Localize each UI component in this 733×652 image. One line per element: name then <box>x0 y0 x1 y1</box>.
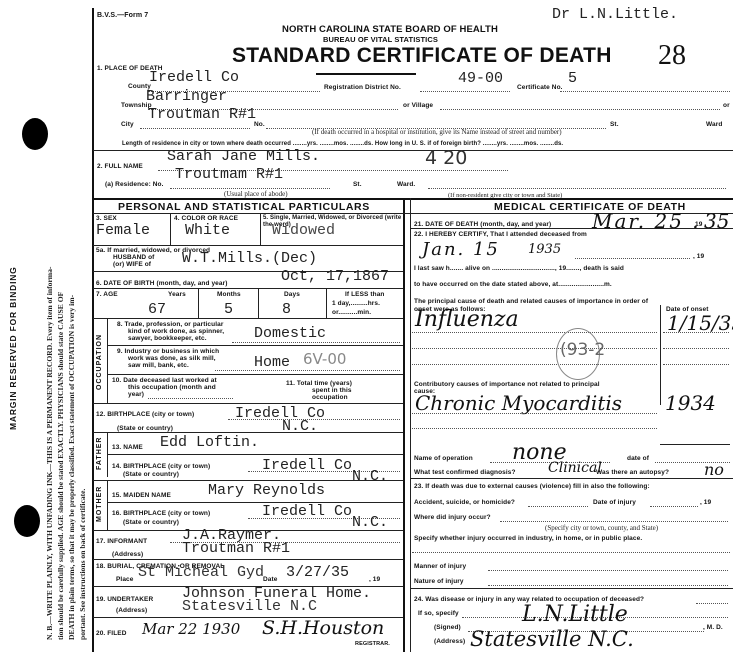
race-marital-divider <box>260 213 261 245</box>
totaltime-label-3: occupation <box>312 394 348 401</box>
contrib-line-2 <box>412 428 657 429</box>
row-line-17 <box>93 559 403 560</box>
burial-date-label: Date <box>263 576 278 583</box>
industry-label-1: 9. Industry or business in which <box>117 348 219 355</box>
test-field[interactable]: Clinical <box>548 460 602 476</box>
trade-label-2: kind of work done, as spinner, <box>128 328 224 335</box>
residence-length-line: Length of residence in city or town wher… <box>122 141 563 147</box>
attended-to-line <box>575 258 690 259</box>
city-no-label: No. <box>254 121 265 128</box>
test-label: What test confirmed diagnosis? <box>414 469 516 476</box>
trade-line <box>232 342 400 343</box>
row-line-13 <box>107 454 403 455</box>
burial-place-label: Place <box>116 576 134 583</box>
registrar-label: REGISTRAR. <box>355 641 390 647</box>
residence-ward-label: Ward. <box>397 181 415 188</box>
dod-label: 21. DATE OF DEATH (month, day, and year) <box>414 221 551 228</box>
reg-district-line <box>420 91 510 92</box>
years-field[interactable]: 67 <box>148 301 166 318</box>
sex-field[interactable]: Female <box>96 222 150 239</box>
informant-addr-field[interactable]: Troutman R#1 <box>182 540 290 557</box>
contrib-label-1: Contributory causes of importance not re… <box>414 381 600 388</box>
age-divider-1 <box>198 288 199 318</box>
injury-19-label: , 19 <box>700 499 711 506</box>
dod-year[interactable]: 35 <box>704 209 729 233</box>
operation-label: Name of operation <box>414 455 473 462</box>
section-divider-2 <box>93 198 733 200</box>
hospital-note: (If death occurred in a hospital or inst… <box>312 128 562 136</box>
margin-instruction-1: N. B.—WRITE PLAINLY, WITH UNFADING INK—T… <box>45 267 54 640</box>
onset-box-bottom <box>660 444 730 445</box>
county-field[interactable]: Iredell Co <box>149 69 239 86</box>
certificate-field[interactable]: 5 <box>568 70 577 87</box>
row-line-7 <box>93 318 403 319</box>
less-label-1: If LESS than <box>345 291 384 298</box>
attended-to-19: , 19 <box>693 253 704 260</box>
mother-side-divider <box>107 480 108 530</box>
industry-note: Specify whether injury occurred in indus… <box>414 535 642 542</box>
row-line-14 <box>93 480 403 481</box>
days-field[interactable]: 8 <box>282 301 291 318</box>
row-line-21 <box>410 228 733 229</box>
undertaker-label: 19. UNDERTAKER <box>96 596 153 603</box>
manner-line <box>488 570 728 571</box>
marital-field[interactable]: Widowed <box>272 222 335 239</box>
city-ward-label: Ward <box>706 121 722 128</box>
row-line-6 <box>93 288 403 289</box>
attended-year[interactable]: 1935 <box>528 242 561 257</box>
filed-label: 20. FILED <box>96 630 127 637</box>
physician-signature: L.N.Little <box>522 602 628 627</box>
row-line-12 <box>93 432 403 433</box>
center-divider <box>403 198 405 652</box>
signed-label: (Signed) <box>434 624 461 631</box>
contrib-cause[interactable]: Chronic Myocarditis <box>415 391 622 415</box>
occupation-side-divider <box>107 318 108 403</box>
principal-cause[interactable]: Influenza <box>415 307 519 332</box>
dod-field[interactable]: Mar. 25 . <box>592 209 701 233</box>
bureau-name: BUREAU OF VITAL STATISTICS <box>323 35 438 44</box>
full-name-field[interactable]: Sarah Jane Mills. <box>167 148 320 165</box>
specify-note: (Specify city or town, county, and State… <box>545 524 658 532</box>
row-line-10 <box>93 403 403 404</box>
nonresident-line <box>428 188 726 189</box>
onset-line-3 <box>663 364 729 365</box>
certificate-label: Certificate No. <box>517 84 563 91</box>
physician-address: Statesville N.C. <box>470 627 634 651</box>
injury-date-line <box>650 506 698 507</box>
less-label-3: or..........min. <box>332 309 371 316</box>
sex-race-divider <box>170 213 171 245</box>
address-label: (Address) <box>434 638 465 645</box>
certify-label: 22. I HEREBY CERTIFY, That I attended de… <box>414 231 587 238</box>
village-label: or Village <box>403 102 433 109</box>
md-label: , M. D. <box>703 624 723 631</box>
father-bp-state-label: (State or country) <box>123 471 179 478</box>
where-label: Where did injury occur? <box>414 514 491 521</box>
ifso-label: If so, specify <box>418 610 459 617</box>
trade-label-3: sawyer, bookkeeper, etc. <box>128 335 207 342</box>
full-name-label: 2. FULL NAME <box>97 163 143 170</box>
board-name: NORTH CAROLINA STATE BOARD OF HEALTH <box>282 24 498 35</box>
father-bp-label: 14. BIRTHPLACE (city or town) <box>112 463 210 470</box>
burial-date-field[interactable]: 3/27/35 <box>286 564 349 581</box>
lastworked-label-1: 10. Date deceased last worked at <box>112 377 217 384</box>
trade-field[interactable]: Domestic <box>254 325 326 342</box>
age-label: 7. AGE <box>96 291 118 298</box>
birthplace-label: 12. BIRTHPLACE (city or town) <box>96 411 194 418</box>
attended-from[interactable]: Jan. 15 <box>422 239 500 260</box>
industry-field[interactable]: Home <box>254 354 290 371</box>
filed-date: Mar 22 1930 <box>142 620 240 638</box>
spouse-label-2: HUSBAND of <box>113 254 154 261</box>
name-annotation: 4 20 <box>425 147 467 169</box>
dob-label: 6. DATE OF BIRTH (month, day, and year) <box>96 280 228 287</box>
mother-bp-state-label: (State or country) <box>123 519 179 526</box>
occurred-at-line: to have occurred on the date stated abov… <box>414 281 612 288</box>
form-id: B.V.S.—Form 7 <box>97 12 148 19</box>
punch-hole-bottom <box>14 505 40 537</box>
mother-side-label: MOTHER <box>96 486 103 522</box>
injury-date-label: Date of injury <box>593 499 636 506</box>
father-bp-state-field[interactable]: N.C. <box>352 468 388 485</box>
mother-name-label: 15. MAIDEN NAME <box>112 492 171 499</box>
margin-instruction-4: portant. See instructions on back of cer… <box>78 489 87 640</box>
residence-label: (a) Residence: No. <box>105 181 164 188</box>
accident-label: Accident, suicide, or homicide? <box>414 499 515 506</box>
city-label: City <box>121 121 134 128</box>
dod-19-label: 19 <box>695 221 702 228</box>
township-field[interactable]: Barringer <box>146 88 227 105</box>
totaltime-label-1: 11. Total time (years) <box>286 380 352 387</box>
contrib-onset[interactable]: 1934 <box>665 391 716 415</box>
q24-line <box>696 603 728 604</box>
mother-bp-label: 16. BIRTHPLACE (city or town) <box>112 510 210 517</box>
dob-field[interactable]: Oct, 17,1867 <box>281 268 389 285</box>
race-label: 4. COLOR OR RACE <box>174 215 238 222</box>
father-name-label: 13. NAME <box>112 444 143 451</box>
months-field[interactable]: 5 <box>224 301 233 318</box>
age-divider-2 <box>258 288 259 318</box>
mother-name-field[interactable]: Mary Reynolds <box>208 482 325 499</box>
lastworked-label-3: year) <box>128 391 144 398</box>
onset-line-1 <box>663 332 729 333</box>
sex-label: 3. SEX <box>96 215 117 222</box>
margin-instruction-3: DEATH in plain terms, so that it may be … <box>67 295 76 640</box>
personal-header: PERSONAL AND STATISTICAL PARTICULARS <box>118 201 370 213</box>
residence-field[interactable]: Troutmam R#1 <box>175 166 283 183</box>
burial-place-field[interactable]: St Micheal Gyd <box>138 564 264 581</box>
trade-label-1: 8. Trade, profession, or particular <box>117 321 223 328</box>
lastworked-label-2: this occupation (month and <box>128 384 216 391</box>
row-line-22 <box>410 478 733 479</box>
spouse-field[interactable]: W.T.Mills.(Dec) <box>182 250 317 267</box>
totaltime-label-2: spent in this <box>312 387 352 394</box>
village-line <box>440 109 720 110</box>
registrar-signature: S.H.Houston <box>262 617 384 639</box>
center-divider-inner <box>410 198 411 652</box>
certificate-line <box>560 91 730 92</box>
industry-code: 6V-00 <box>303 350 346 368</box>
informant-addr-label: (Address) <box>112 551 143 558</box>
row-line-8 <box>107 345 403 346</box>
or-label: or <box>723 102 730 109</box>
months-label: Months <box>217 291 241 298</box>
lastworked-line <box>148 398 233 399</box>
autopsy-field[interactable]: no <box>704 460 724 479</box>
principal-label-1: The principal cause of death and related… <box>414 298 648 305</box>
usual-abode-note: (Usual place of abode) <box>224 190 288 198</box>
row-line-23 <box>410 588 733 589</box>
cause-line-2 <box>412 348 657 349</box>
reg-district-label: Registration District No. <box>324 84 401 91</box>
burial-19-label: , 19 <box>369 576 380 583</box>
father-side-label: FATHER <box>96 437 103 470</box>
external-label: 23. If death was due to external causes … <box>414 483 650 490</box>
residence-line <box>170 188 330 189</box>
where-line <box>500 521 728 522</box>
title-underline <box>316 73 416 75</box>
margin-binding-note: MARGIN RESERVED FOR BINDING <box>8 266 18 430</box>
undertaker-addr-field[interactable]: Statesville N.C <box>182 598 317 615</box>
city-field[interactable]: Troutman R#1 <box>148 106 256 123</box>
industry-label-2: work was done, as silk mill, <box>128 355 216 362</box>
doctor-annotation: Dr L.N.Little. <box>552 6 678 23</box>
days-label: Days <box>284 291 300 298</box>
father-name-field[interactable]: Edd Loftin. <box>160 434 259 451</box>
informant-label: 17. INFORMANT <box>96 538 147 545</box>
age-divider-3 <box>326 288 327 318</box>
spouse-label-3: (or) WIFE of <box>113 261 151 268</box>
row-line-15 <box>107 502 403 503</box>
last-saw-line: I last saw h....... alive on ...........… <box>414 265 624 272</box>
undertaker-addr-label: (Address) <box>116 607 147 614</box>
cause-line-1 <box>412 332 657 333</box>
stamp-number: 28 <box>658 40 686 72</box>
form-left-border <box>92 8 94 652</box>
birthplace-state-label: (State or country) <box>117 425 173 432</box>
residence-st-label: St. <box>353 181 362 188</box>
cause-line-3 <box>412 364 657 365</box>
nature-line <box>488 585 728 586</box>
years-label: Years <box>168 291 186 298</box>
contrib-line-1 <box>412 413 657 414</box>
cause-code: (93-2 <box>560 340 605 360</box>
autopsy-label: Was there an autopsy? <box>596 469 669 476</box>
less-label-2: 1 day,.........hrs. <box>332 300 380 307</box>
city-st-label: St. <box>610 121 619 128</box>
margin-instruction-2: tion should be carefully supplied. AGE s… <box>56 292 65 640</box>
punch-hole-top <box>22 118 48 150</box>
mother-bp-state-field[interactable]: N.C. <box>352 514 388 531</box>
occupation-side-label: OCCUPATION <box>96 334 103 390</box>
onset-line-2 <box>663 348 729 349</box>
city-line <box>140 128 250 129</box>
industry-line <box>215 370 400 371</box>
row-line-5 <box>93 245 403 246</box>
reg-district-field[interactable]: 49-00 <box>458 70 503 87</box>
manner-label: Manner of injury <box>414 563 466 570</box>
industry-label-3: saw mill, bank, etc. <box>128 362 189 369</box>
nature-label: Nature of injury <box>414 578 464 585</box>
race-field[interactable]: White <box>185 222 230 239</box>
onset-divider <box>660 305 661 405</box>
op-date-label: date of <box>627 455 649 462</box>
form-title: STANDARD CERTIFICATE OF DEATH <box>232 44 612 68</box>
industry-note-line <box>412 552 730 553</box>
row-line-9 <box>107 374 403 375</box>
accident-line <box>528 506 588 507</box>
